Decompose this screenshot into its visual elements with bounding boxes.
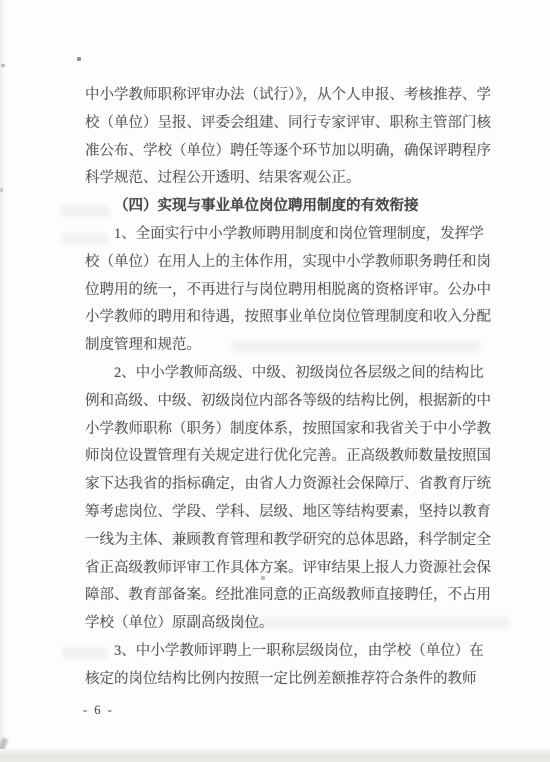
scanned-document-page: 中小学教师职称评审办法（试行）》，从个人申报、考核推荐、学 校（单位）呈报、评委… bbox=[0, 0, 550, 762]
scanner-left-edge-shading bbox=[0, 0, 8, 762]
scanner-bottom-band bbox=[0, 749, 550, 762]
section-heading: （四）实现与事业单位岗位聘用制度的有效衔接 bbox=[85, 193, 476, 221]
text-line: 小学教师的聘用和待遇，按照事业单位岗位管理制度和收入分配 bbox=[85, 304, 476, 332]
text-line: 障部、教育部备案。经批准同意的正高级教师直接聘任，不占用 bbox=[85, 582, 476, 610]
edge-speck bbox=[0, 188, 3, 192]
text-line: 1、全面实行中小学教师聘用制度和岗位管理制度，发挥学 bbox=[85, 221, 476, 249]
text-line: 制度管理和规范。 bbox=[85, 332, 476, 360]
text-line: 3、中小学教师评聘上一职称层级岗位，由学校（单位）在 bbox=[85, 638, 476, 666]
text-line: 省正高级教师评审工作具体方案。评审结果上报人力资源社会保 bbox=[85, 555, 476, 583]
text-line: 学校（单位）原副高级岗位。 bbox=[85, 610, 476, 638]
text-line: 一线为主体、兼顾教育管理和教学研究的总体思路，科学制定全 bbox=[85, 527, 476, 555]
page-number: - 6 - bbox=[83, 703, 114, 718]
text-line: 准公布、学校（单位）聘任等逐个环节加以明确，确保评聘程序 bbox=[85, 138, 476, 166]
text-line: 核定的岗位结构比例内按照一定比例差额推荐符合条件的教师 bbox=[85, 666, 476, 694]
text-line: 校（单位）呈报、评委会组建、同行专家评审、职称主管部门核 bbox=[85, 110, 476, 138]
ink-speck bbox=[261, 576, 265, 580]
text-line: 中小学教师职称评审办法（试行）》，从个人申报、考核推荐、学 bbox=[85, 82, 476, 110]
document-text-block: 中小学教师职称评审办法（试行）》，从个人申报、考核推荐、学 校（单位）呈报、评委… bbox=[85, 82, 476, 694]
ink-speck bbox=[77, 57, 81, 61]
text-line: 2、中小学教师高级、中级、初级岗位各层级之间的结构比 bbox=[85, 360, 476, 388]
text-line: 家下达我省的指标确定，由省人力资源社会保障厅、省教育厅统 bbox=[85, 471, 476, 499]
edge-speck bbox=[1, 64, 5, 67]
text-line: 师岗位设置管理有关规定进行优化完善。正高级教师数量按照国 bbox=[85, 443, 476, 471]
text-line: 科学规范、过程公开透明、结果客观公正。 bbox=[85, 165, 476, 193]
text-line: 校（单位）在用人上的主体作用，实现中小学教师职务聘任和岗 bbox=[85, 249, 476, 277]
text-line: 位聘用的统一，不再进行与岗位聘用相脱离的资格评审。公办中 bbox=[85, 277, 476, 305]
text-line: 例和高级、中级、初级岗位内部各等级的结构比例，根据新的中 bbox=[85, 388, 476, 416]
text-line: 小学教师职称（职务）制度体系，按照国家和我省关于中小学教 bbox=[85, 416, 476, 444]
text-line: 筹考虑岗位、学段、学科、层级、地区等结构要素，坚持以教育 bbox=[85, 499, 476, 527]
